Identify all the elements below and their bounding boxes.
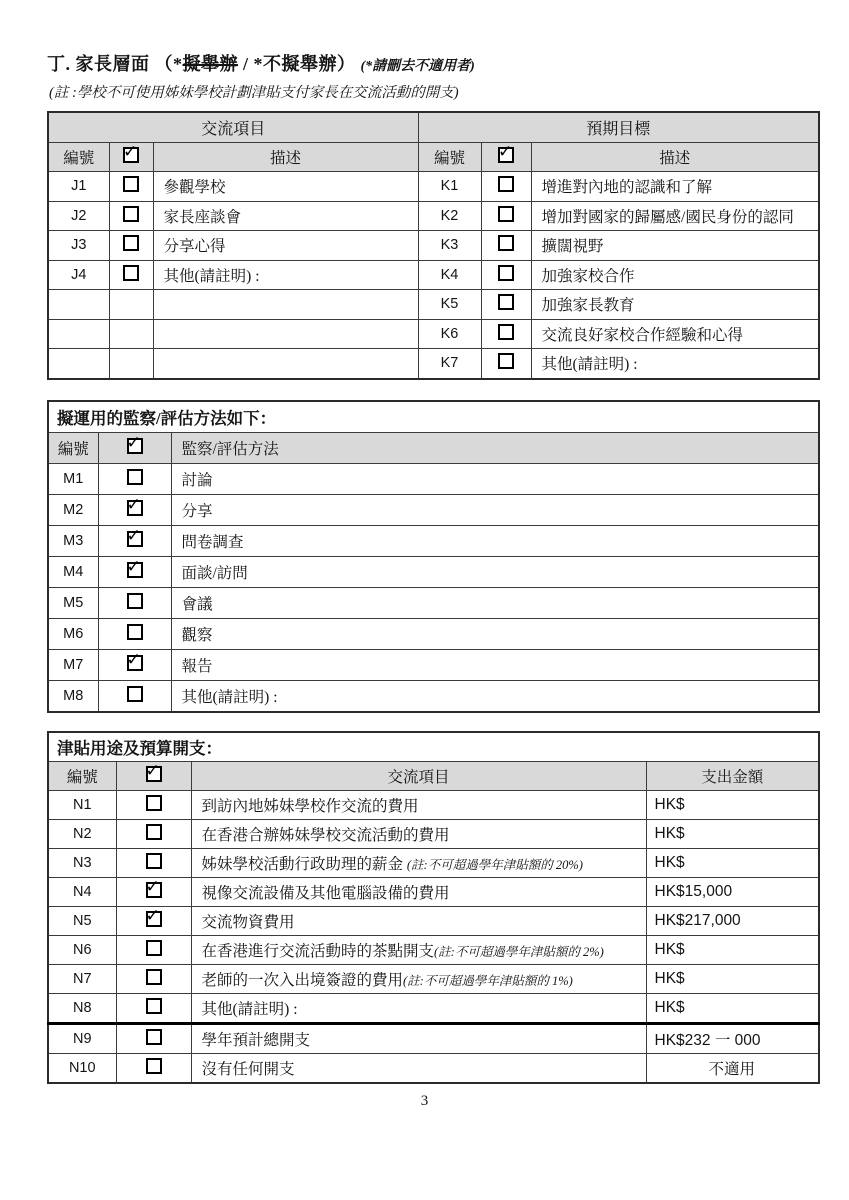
checkbox-icon	[127, 655, 143, 671]
table-section-row: 交流項目 預期目標	[48, 112, 819, 142]
row-desc: 家長座談會	[153, 201, 418, 231]
row-checkbox-cell	[116, 964, 191, 993]
row-desc: 交流良好家校合作經驗和心得	[531, 319, 819, 349]
empty-cell	[48, 290, 109, 320]
empty-cell	[153, 349, 418, 379]
checkbox-icon	[146, 795, 162, 811]
row-id: M3	[48, 525, 98, 556]
row-desc: 分享心得	[153, 231, 418, 261]
row-desc: 其他(請註明) :	[171, 680, 819, 712]
row-desc: 其他(請註明) :	[191, 993, 646, 1023]
column-header-checkbox	[98, 432, 171, 463]
row-checkbox-cell	[98, 649, 171, 680]
row-id: N3	[48, 848, 116, 877]
row-checkbox-cell	[116, 1053, 191, 1083]
table-row: N10 沒有任何開支 不適用	[48, 1053, 819, 1083]
table-row: J3 分享心得 K3 擴闊視野	[48, 231, 819, 261]
table-row: M5 會議	[48, 587, 819, 618]
table-row: N1 到訪內地姊妹學校作交流的費用 HK$	[48, 790, 819, 819]
row-desc: 其他(請註明) :	[531, 349, 819, 379]
column-header-desc: 描述	[531, 142, 819, 172]
row-id: M2	[48, 494, 98, 525]
checkbox-icon	[498, 353, 514, 369]
table-row: M1 討論	[48, 463, 819, 494]
section-title-expected-goals: 預期目標	[418, 112, 819, 142]
total-expenditure-row: N9 學年預計總開支 HK$232 一 000	[48, 1023, 819, 1053]
column-header-amount: 支出金額	[646, 761, 819, 790]
empty-cell	[48, 319, 109, 349]
checked-checkbox-icon	[123, 147, 139, 163]
table-row: M8 其他(請註明) :	[48, 680, 819, 712]
row-checkbox-cell	[481, 290, 531, 320]
table-row: J1 參觀學校 K1 增進對內地的認識和了解	[48, 172, 819, 202]
table-title: 津貼用途及預算開支：	[48, 732, 819, 762]
column-header-checkbox	[481, 142, 531, 172]
row-checkbox-cell	[98, 680, 171, 712]
checkbox-icon	[127, 593, 143, 609]
row-checkbox-cell	[481, 231, 531, 261]
checkbox-icon	[498, 294, 514, 310]
empty-cell	[153, 319, 418, 349]
row-checkbox-cell	[109, 231, 153, 261]
row-id: K7	[418, 349, 481, 379]
table-row: N3 姊妹學校活動行政助理的薪金 (註:不可超過學年津貼額的 20%) HK$	[48, 848, 819, 877]
row-desc: 增加對國家的歸屬感/國民身份的認同	[531, 201, 819, 231]
row-amount: HK$	[646, 964, 819, 993]
row-checkbox-cell	[98, 463, 171, 494]
row-checkbox-cell	[481, 319, 531, 349]
row-id: N1	[48, 790, 116, 819]
row-checkbox-cell	[98, 556, 171, 587]
table-row: K6 交流良好家校合作經驗和心得	[48, 319, 819, 349]
column-header-checkbox	[116, 761, 191, 790]
row-desc-note: (註:不可超過學年津貼額的 20%)	[407, 858, 583, 872]
checkbox-icon	[146, 824, 162, 840]
row-amount: HK$	[646, 993, 819, 1023]
row-desc-note: (註:不可超過學年津貼額的 1%)	[403, 974, 573, 988]
row-desc: 交流物資費用	[191, 906, 646, 935]
checkbox-icon	[146, 998, 162, 1014]
row-id: N6	[48, 935, 116, 964]
row-desc: 問卷調查	[171, 525, 819, 556]
column-header-checkbox	[109, 142, 153, 172]
table-row: J2 家長座談會 K2 增加對國家的歸屬感/國民身份的認同	[48, 201, 819, 231]
row-desc: 視像交流設備及其他電腦設備的費用	[191, 877, 646, 906]
checkbox-icon	[498, 235, 514, 251]
row-id: K1	[418, 172, 481, 202]
row-checkbox-cell	[116, 993, 191, 1023]
row-checkbox-cell	[481, 349, 531, 379]
checkbox-icon	[146, 911, 162, 927]
row-checkbox-cell	[481, 172, 531, 202]
row-checkbox-cell	[98, 587, 171, 618]
empty-cell	[48, 349, 109, 379]
row-checkbox-cell	[116, 848, 191, 877]
checkbox-icon	[123, 206, 139, 222]
checkbox-icon	[146, 940, 162, 956]
row-desc: 面談/訪問	[171, 556, 819, 587]
exchange-goals-table: 交流項目 預期目標 編號 描述 編號 描述 J1 參觀學校 K1 增進對內地的認…	[47, 111, 820, 380]
subsidy-restriction-note: (註 :學校不可使用姊妹學校計劃津貼支付家長在交流活動的開支)	[49, 81, 818, 102]
empty-cell	[153, 290, 418, 320]
row-desc: 老師的一次入出境簽證的費用(註:不可超過學年津貼額的 1%)	[191, 964, 646, 993]
budget-table: 津貼用途及預算開支： 編號 交流項目 支出金額 N1 到訪內地姊妹學校作交流的費…	[47, 731, 820, 1084]
heading-struck-option: 擬舉辦	[183, 54, 239, 74]
row-checkbox-cell	[116, 906, 191, 935]
row-id: K6	[418, 319, 481, 349]
row-desc: 討論	[171, 463, 819, 494]
row-amount: HK$15,000	[646, 877, 819, 906]
table-row: N5 交流物資費用 HK$217,000	[48, 906, 819, 935]
row-id: K5	[418, 290, 481, 320]
monitoring-methods-table: 擬運用的監察/評估方法如下： 編號 監察/評估方法 M1 討論 M2 分享 M3…	[47, 400, 820, 713]
checkbox-icon	[498, 265, 514, 281]
row-desc: 姊妹學校活動行政助理的薪金 (註:不可超過學年津貼額的 20%)	[191, 848, 646, 877]
section-heading: 丁. 家長層面 （*擬舉辦 / *不擬舉辦） (*請刪去不適用者)	[47, 50, 818, 76]
row-desc: 分享	[171, 494, 819, 525]
table-row: M6 觀察	[48, 618, 819, 649]
table-title: 擬運用的監察/評估方法如下：	[48, 401, 819, 433]
checked-checkbox-icon	[498, 147, 514, 163]
checkbox-icon	[498, 206, 514, 222]
checkbox-icon	[146, 1058, 162, 1074]
table-title-row: 津貼用途及預算開支：	[48, 732, 819, 762]
column-header-desc: 描述	[153, 142, 418, 172]
table-row: M3 問卷調查	[48, 525, 819, 556]
row-id: N5	[48, 906, 116, 935]
row-checkbox-cell	[98, 525, 171, 556]
checkbox-icon	[123, 235, 139, 251]
checkbox-icon	[123, 265, 139, 281]
table-row: J4 其他(請註明) : K4 加強家校合作	[48, 260, 819, 290]
row-id: N7	[48, 964, 116, 993]
row-checkbox-cell	[116, 819, 191, 848]
row-desc: 到訪內地姊妹學校作交流的費用	[191, 790, 646, 819]
row-desc: 會議	[171, 587, 819, 618]
row-id: M4	[48, 556, 98, 587]
row-id: K4	[418, 260, 481, 290]
checkbox-icon	[146, 969, 162, 985]
page-number: 3	[0, 1093, 849, 1110]
table-header-row: 編號 描述 編號 描述	[48, 142, 819, 172]
table-row: M2 分享	[48, 494, 819, 525]
row-checkbox-cell	[481, 201, 531, 231]
checkbox-icon	[146, 882, 162, 898]
table-header-row: 編號 交流項目 支出金額	[48, 761, 819, 790]
row-checkbox-cell	[98, 494, 171, 525]
row-id: M6	[48, 618, 98, 649]
row-id: J2	[48, 201, 109, 231]
empty-cell	[109, 319, 153, 349]
row-checkbox-cell	[116, 877, 191, 906]
column-header-id: 編號	[48, 432, 98, 463]
column-header-id: 編號	[48, 761, 116, 790]
column-header-item: 交流項目	[191, 761, 646, 790]
row-amount: HK$	[646, 848, 819, 877]
row-id: K3	[418, 231, 481, 261]
row-amount: HK$	[646, 790, 819, 819]
row-checkbox-cell	[109, 260, 153, 290]
row-id: J1	[48, 172, 109, 202]
row-id: N9	[48, 1023, 116, 1053]
row-desc: 觀察	[171, 618, 819, 649]
row-desc: 報告	[171, 649, 819, 680]
row-desc: 在香港進行交流活動時的茶點開支(註:不可超過學年津貼額的 2%)	[191, 935, 646, 964]
checkbox-icon	[498, 176, 514, 192]
row-amount: HK$232 一 000	[646, 1023, 819, 1053]
table-row: N2 在香港合辦姊妹學校交流活動的費用 HK$	[48, 819, 819, 848]
row-id: N4	[48, 877, 116, 906]
table-row: K7 其他(請註明) :	[48, 349, 819, 379]
table-row: K5 加強家長教育	[48, 290, 819, 320]
row-id: N2	[48, 819, 116, 848]
row-desc: 增進對內地的認識和了解	[531, 172, 819, 202]
heading-note: (*請刪去不適用者)	[361, 59, 475, 74]
checkbox-icon	[127, 469, 143, 485]
document-page: 丁. 家長層面 （*擬舉辦 / *不擬舉辦） (*請刪去不適用者) (註 :學校…	[0, 0, 849, 1084]
row-checkbox-cell	[116, 1023, 191, 1053]
row-checkbox-cell	[98, 618, 171, 649]
row-amount: HK$	[646, 935, 819, 964]
section-title-exchange-items: 交流項目	[48, 112, 418, 142]
row-checkbox-cell	[109, 172, 153, 202]
checkbox-icon	[127, 624, 143, 640]
checked-checkbox-icon	[146, 766, 162, 782]
table-title-row: 擬運用的監察/評估方法如下：	[48, 401, 819, 433]
column-header-id: 編號	[48, 142, 109, 172]
row-checkbox-cell	[116, 790, 191, 819]
checkbox-icon	[127, 531, 143, 547]
checkbox-icon	[146, 853, 162, 869]
table-row: M4 面談/訪問	[48, 556, 819, 587]
table-row: N6 在香港進行交流活動時的茶點開支(註:不可超過學年津貼額的 2%) HK$	[48, 935, 819, 964]
row-id: K2	[418, 201, 481, 231]
row-amount: 不適用	[646, 1053, 819, 1083]
empty-cell	[109, 290, 153, 320]
checkbox-icon	[127, 686, 143, 702]
table-row: M7 報告	[48, 649, 819, 680]
checkbox-icon	[146, 1029, 162, 1045]
row-amount: HK$217,000	[646, 906, 819, 935]
column-header-id: 編號	[418, 142, 481, 172]
table-row: N4 視像交流設備及其他電腦設備的費用 HK$15,000	[48, 877, 819, 906]
checkbox-icon	[127, 500, 143, 516]
checked-checkbox-icon	[127, 438, 143, 454]
heading-prefix: 丁. 家長層面 （*	[47, 54, 183, 74]
row-id: M1	[48, 463, 98, 494]
checkbox-icon	[123, 176, 139, 192]
row-id: M8	[48, 680, 98, 712]
row-checkbox-cell	[481, 260, 531, 290]
row-desc: 學年預計總開支	[191, 1023, 646, 1053]
row-desc: 參觀學校	[153, 172, 418, 202]
row-desc: 在香港合辦姊妹學校交流活動的費用	[191, 819, 646, 848]
row-desc-note: (註:不可超過學年津貼額的 2%)	[434, 945, 604, 959]
row-checkbox-cell	[116, 935, 191, 964]
row-id: J4	[48, 260, 109, 290]
row-id: M5	[48, 587, 98, 618]
row-id: J3	[48, 231, 109, 261]
checkbox-icon	[127, 562, 143, 578]
empty-cell	[109, 349, 153, 379]
row-checkbox-cell	[109, 201, 153, 231]
table-row: N7 老師的一次入出境簽證的費用(註:不可超過學年津貼額的 1%) HK$	[48, 964, 819, 993]
row-id: N8	[48, 993, 116, 1023]
row-desc: 其他(請註明) :	[153, 260, 418, 290]
table-row: N8 其他(請註明) : HK$	[48, 993, 819, 1023]
row-desc: 沒有任何開支	[191, 1053, 646, 1083]
checkbox-icon	[498, 324, 514, 340]
heading-suffix: / *不擬舉辦）	[238, 54, 356, 74]
row-amount: HK$	[646, 819, 819, 848]
row-desc: 加強家校合作	[531, 260, 819, 290]
row-desc: 加強家長教育	[531, 290, 819, 320]
column-header-method: 監察/評估方法	[171, 432, 819, 463]
row-id: N10	[48, 1053, 116, 1083]
row-desc: 擴闊視野	[531, 231, 819, 261]
row-id: M7	[48, 649, 98, 680]
table-header-row: 編號 監察/評估方法	[48, 432, 819, 463]
